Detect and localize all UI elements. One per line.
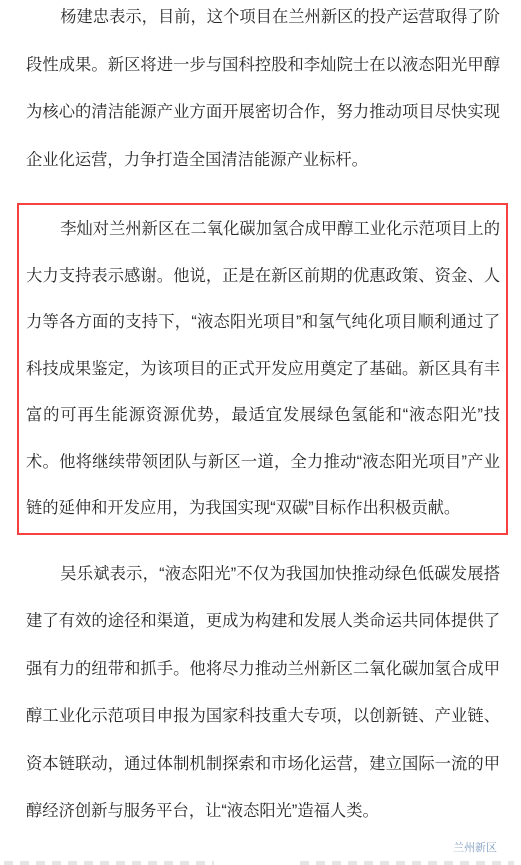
paragraph-yang-jianzhong: 杨建忠表示，目前，这个项目在兰州新区的投产运营取得了阶段性成果。新区将进一步与国… [26, 0, 500, 184]
article-page: 杨建忠表示，目前，这个项目在兰州新区的投产运营取得了阶段性成果。新区将进一步与国… [0, 0, 521, 865]
clipped-next-line-right [300, 861, 514, 865]
clipped-next-line-left [4, 861, 214, 865]
paragraph-li-can-highlighted: 李灿对兰州新区在二氧化碳加氢合成甲醇工业化示范项目上的大力支持表示感谢。他说，正… [26, 206, 500, 532]
highlighted-paragraph-box: 李灿对兰州新区在二氧化碳加氢合成甲醇工业化示范项目上的大力支持表示感谢。他说，正… [17, 203, 508, 535]
source-attribution: 兰州新区 [26, 842, 500, 854]
paragraph-wu-lebin: 吴乐斌表示，“液态阳光”不仅为我国加快推动绿色低碳发展搭建了有效的途径和渠道，更… [26, 551, 500, 836]
